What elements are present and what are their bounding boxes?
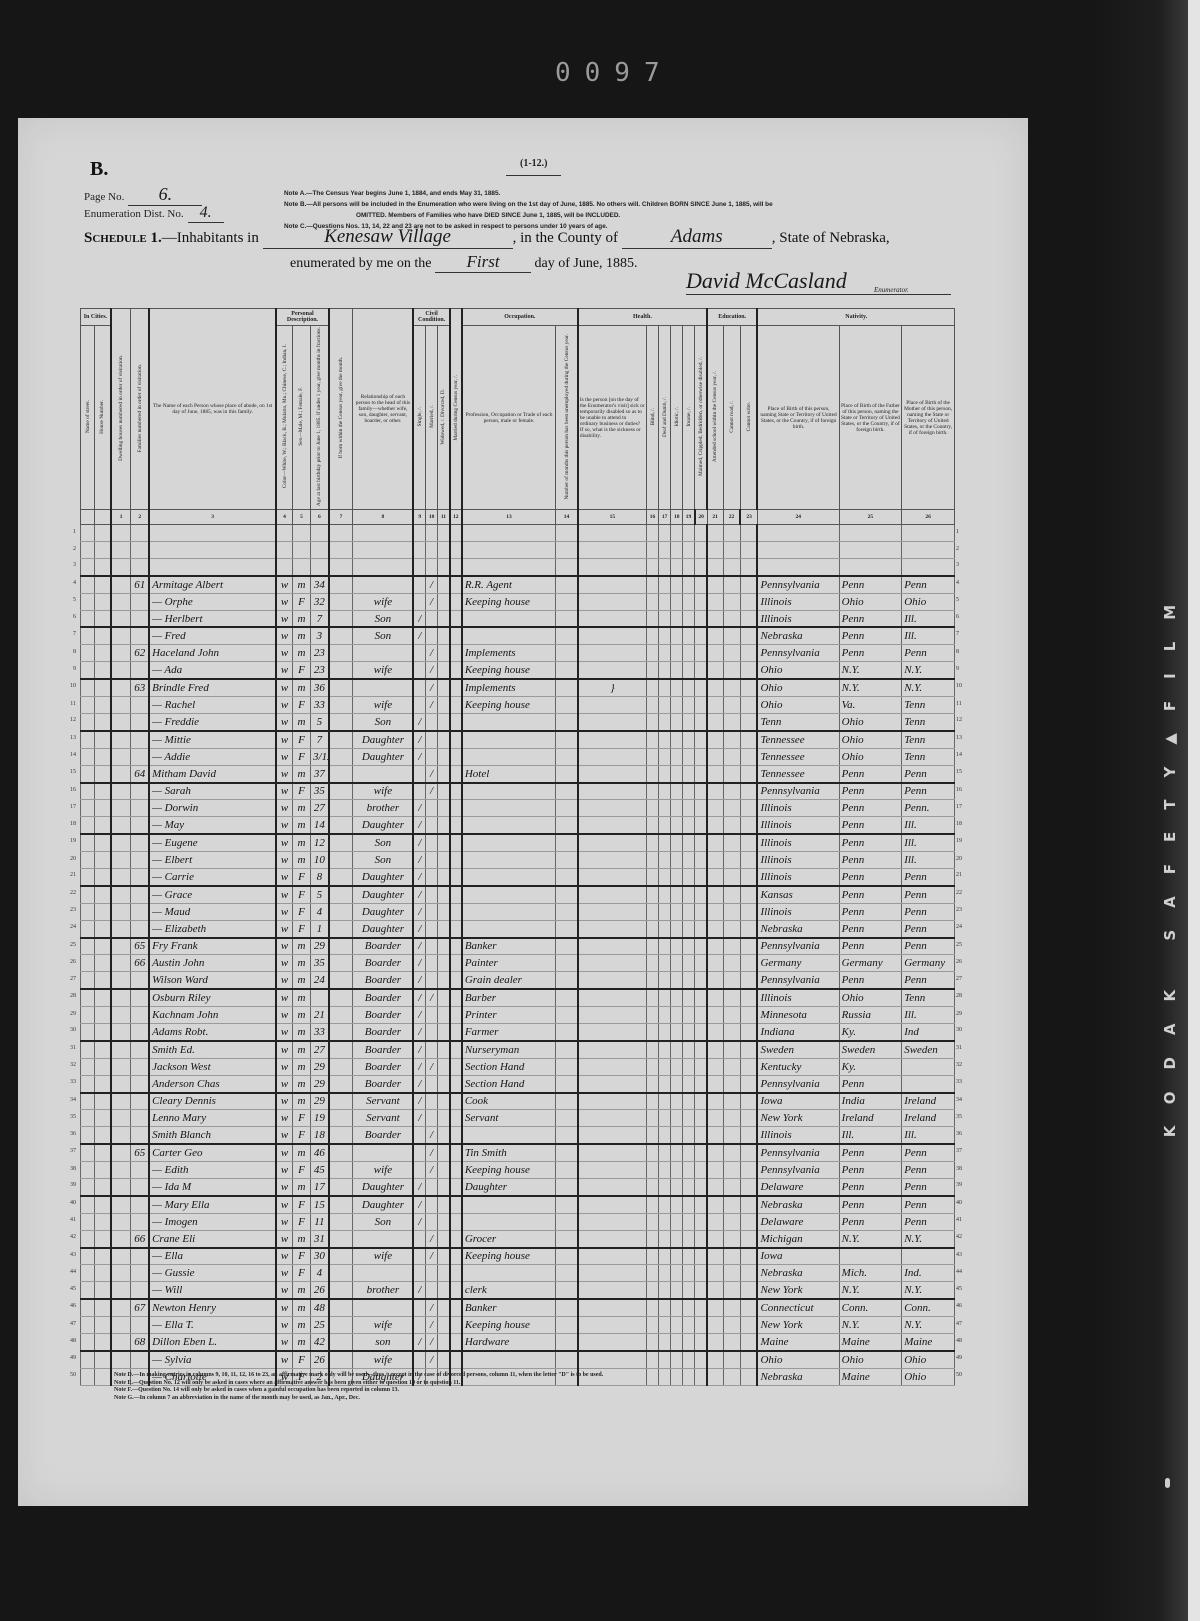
cell-street (81, 1317, 95, 1334)
cell-c21 (707, 817, 723, 834)
cell-c16 (646, 972, 658, 989)
line-number: 20 (956, 856, 970, 862)
cell-age (311, 542, 329, 559)
cell-unemp (556, 834, 578, 851)
line-number: 32 (62, 1062, 76, 1068)
cell-mdy (450, 1162, 462, 1179)
cell-sex: m (292, 1007, 310, 1024)
cell-dwelling (111, 1023, 131, 1040)
cell-mother: Penn (902, 1178, 955, 1195)
cell-single: / (413, 938, 425, 955)
cell-c20 (695, 1317, 707, 1334)
column-number: 9 (413, 510, 425, 525)
column-number: 23 (740, 510, 757, 525)
cell-name: Wilson Ward (149, 972, 276, 989)
cell-fam: 65 (131, 938, 149, 955)
cell-fam (131, 1282, 149, 1299)
cell-married: / (426, 783, 438, 800)
cell-unemp (556, 903, 578, 920)
cell-c16 (646, 955, 658, 972)
line-number: 15 (956, 769, 970, 775)
cell-c19 (683, 713, 695, 730)
table-row: — SylviawF26wife/OhioOhioOhio (81, 1351, 955, 1368)
cell-mdy (450, 679, 462, 696)
cell-mother: Ireland (902, 1093, 955, 1110)
cell-unemp (556, 662, 578, 679)
cell-house (95, 748, 111, 765)
cell-name: — Ida M (149, 1178, 276, 1195)
cell-fam (131, 903, 149, 920)
cell-unemp (556, 1196, 578, 1213)
cell-age: 3/12 (311, 748, 329, 765)
cell-color: w (276, 1162, 292, 1179)
cell-married: / (426, 697, 438, 714)
cell-rel: Servant (353, 1093, 414, 1110)
cell-c21 (707, 800, 723, 817)
line-number: 11 (956, 701, 970, 707)
cell-rel: Daughter (353, 817, 414, 834)
cell-c16 (646, 713, 658, 730)
cell-name: — Imogen (149, 1213, 276, 1230)
cell-unemp (556, 1093, 578, 1110)
cell-born (329, 731, 353, 748)
cell-age: 12 (311, 834, 329, 851)
cell-c18 (671, 525, 683, 542)
cell-c20 (695, 593, 707, 610)
cell-color: w (276, 955, 292, 972)
cell-widowed (438, 938, 450, 955)
cell-unemp (556, 1075, 578, 1092)
cell-c16 (646, 1162, 658, 1179)
line-number: 35 (956, 1114, 970, 1120)
table-row: — CarriewF8Daughter/IllinoisPennPenn (81, 868, 955, 885)
cell-c17 (659, 1282, 671, 1299)
cell-occ (462, 558, 556, 575)
cell-age: 3 (311, 627, 329, 644)
cell-rel (353, 525, 414, 542)
note-f: Note F.—Question No. 14 will only be ask… (114, 1387, 603, 1395)
cell-unemp (556, 1213, 578, 1230)
cell-occ: Cook (462, 1093, 556, 1110)
cell-c23 (740, 783, 757, 800)
cell-single: / (413, 886, 425, 903)
cell-c20 (695, 679, 707, 696)
cell-widowed (438, 627, 450, 644)
cell-c19 (683, 783, 695, 800)
schedule-heading: Schedule 1.—Inhabitants in Kenesaw Villa… (84, 226, 890, 249)
cell-mother (902, 558, 955, 575)
cell-widowed (438, 748, 450, 765)
cell-house (95, 1368, 111, 1385)
cell-color: w (276, 627, 292, 644)
cell-color: w (276, 576, 292, 593)
cell-mother: Ill. (902, 610, 955, 627)
cell-mdy (450, 627, 462, 644)
cell-c16 (646, 989, 658, 1006)
cell-born (329, 989, 353, 1006)
cell-father: N.Y. (839, 662, 902, 679)
line-number: 37 (62, 1148, 76, 1154)
cell-widowed (438, 972, 450, 989)
cell-rel: Daughter (353, 748, 414, 765)
cell-c19 (683, 1351, 695, 1368)
cell-health (578, 1317, 647, 1334)
cell-fam (131, 817, 149, 834)
cell-c19 (683, 1196, 695, 1213)
cell-c23 (740, 955, 757, 972)
cell-c20 (695, 645, 707, 662)
cell-c21 (707, 834, 723, 851)
cell-mother: Penn (902, 1196, 955, 1213)
cell-father: Maine (839, 1368, 902, 1385)
table-row: Smith BlanchwF18Boarder/IllinoisIll.Ill. (81, 1127, 955, 1144)
cell-father: Mich. (839, 1265, 902, 1282)
col-5-header: Sex—Male, M.; Female, F. (292, 326, 310, 510)
cell-sex: m (292, 645, 310, 662)
cell-name: Kachnam John (149, 1007, 276, 1024)
column-number: 20 (695, 510, 707, 525)
cell-c21 (707, 1351, 723, 1368)
cell-father: Va. (839, 697, 902, 714)
table-row: — MaudwF4Daughter/IllinoisPennPenn (81, 903, 955, 920)
cell-age: 29 (311, 938, 329, 955)
cell-age: 7 (311, 610, 329, 627)
cell-c22 (723, 1093, 740, 1110)
cell-dwelling (111, 1058, 131, 1075)
cell-c20 (695, 1162, 707, 1179)
cell-widowed (438, 886, 450, 903)
line-number: 25 (956, 942, 970, 948)
cell-birth: Pennsylvania (757, 972, 839, 989)
cell-c21 (707, 1299, 723, 1316)
cell-birth: Illinois (757, 852, 839, 869)
cell-sex: F (292, 662, 310, 679)
cell-c20 (695, 1023, 707, 1040)
cell-c20 (695, 1007, 707, 1024)
cell-father: Germany (839, 955, 902, 972)
cell-dwelling (111, 1334, 131, 1351)
cell-c18 (671, 713, 683, 730)
cell-occ: Painter (462, 955, 556, 972)
line-number: 12 (956, 717, 970, 723)
cell-house (95, 886, 111, 903)
cell-c21 (707, 886, 723, 903)
line-number: 45 (956, 1286, 970, 1292)
cell-health (578, 1041, 647, 1058)
cell-unemp (556, 1127, 578, 1144)
cell-health (578, 627, 647, 644)
cell-street (81, 697, 95, 714)
cell-fam (131, 1075, 149, 1092)
cell-dwelling (111, 972, 131, 989)
cell-house (95, 1093, 111, 1110)
cell-c21 (707, 525, 723, 542)
cell-name: Armitage Albert (149, 576, 276, 593)
cell-c23 (740, 748, 757, 765)
cell-c17 (659, 731, 671, 748)
line-number: 40 (62, 1200, 76, 1206)
cell-dwelling (111, 955, 131, 972)
cell-widowed (438, 1127, 450, 1144)
line-number: 21 (956, 872, 970, 878)
cell-c18 (671, 1007, 683, 1024)
cell-c16 (646, 1282, 658, 1299)
cell-father: Penn (839, 1075, 902, 1092)
cell-c16 (646, 679, 658, 696)
cell-c18 (671, 817, 683, 834)
cell-mother: Ill. (902, 852, 955, 869)
cell-sex: m (292, 817, 310, 834)
line-number: 16 (62, 787, 76, 793)
cell-occ (462, 886, 556, 903)
cell-c18 (671, 868, 683, 885)
cell-mother: N.Y. (902, 662, 955, 679)
cell-married (426, 1178, 438, 1195)
cell-unemp (556, 1007, 578, 1024)
cell-father: Penn (839, 1162, 902, 1179)
cell-unemp (556, 576, 578, 593)
cell-single (413, 1265, 425, 1282)
cell-born (329, 558, 353, 575)
cell-c19 (683, 697, 695, 714)
cell-birth: Sweden (757, 1041, 839, 1058)
cell-c22 (723, 1023, 740, 1040)
line-number: 9 (956, 666, 970, 672)
cell-fam (131, 1058, 149, 1075)
cell-fam: 64 (131, 765, 149, 782)
cell-c17 (659, 1230, 671, 1247)
cell-mdy (450, 713, 462, 730)
cell-mdy (450, 765, 462, 782)
cell-fam (131, 1317, 149, 1334)
column-number: 17 (659, 510, 671, 525)
cell-fam (131, 989, 149, 1006)
cell-c23 (740, 817, 757, 834)
cell-birth: Michigan (757, 1230, 839, 1247)
line-number: 49 (956, 1355, 970, 1361)
cell-dwelling (111, 662, 131, 679)
cell-c20 (695, 542, 707, 559)
cell-rel (353, 645, 414, 662)
line-number: 37 (956, 1148, 970, 1154)
cell-c17 (659, 525, 671, 542)
cell-health (578, 886, 647, 903)
cell-rel: Son (353, 834, 414, 851)
cell-health (578, 783, 647, 800)
cell-father: Penn (839, 1213, 902, 1230)
cell-c21 (707, 610, 723, 627)
cell-c18 (671, 920, 683, 937)
cell-single (413, 1317, 425, 1334)
cell-c19 (683, 1144, 695, 1161)
line-number: 38 (62, 1166, 76, 1172)
cell-name: — Orphe (149, 593, 276, 610)
cell-c23 (740, 1093, 757, 1110)
cell-house (95, 593, 111, 610)
cell-c21 (707, 627, 723, 644)
cell-father: Penn (839, 938, 902, 955)
cell-c21 (707, 1248, 723, 1265)
cell-c22 (723, 1368, 740, 1385)
cell-health (578, 558, 647, 575)
cell-house (95, 713, 111, 730)
cell-fam (131, 1265, 149, 1282)
cell-house (95, 558, 111, 575)
cell-born (329, 1093, 353, 1110)
column-number: 3 (149, 510, 276, 525)
cell-c22 (723, 1041, 740, 1058)
cell-c16 (646, 852, 658, 869)
cell-c22 (723, 783, 740, 800)
cell-rel (353, 765, 414, 782)
cell-age: 19 (311, 1110, 329, 1127)
line-number: 2 (956, 546, 970, 552)
cell-born (329, 783, 353, 800)
cell-health (578, 1058, 647, 1075)
table-row: 61Armitage Albertwm34/R.R. AgentPennsylv… (81, 576, 955, 593)
line-number: 33 (62, 1079, 76, 1085)
cell-c22 (723, 1162, 740, 1179)
col-26-header: Place of Birth of the Mother of this per… (902, 326, 955, 510)
cell-house (95, 920, 111, 937)
cell-health (578, 1351, 647, 1368)
cell-birth (757, 525, 839, 542)
cell-born (329, 610, 353, 627)
cell-c20 (695, 1213, 707, 1230)
cell-age: 23 (311, 645, 329, 662)
cell-c23 (740, 558, 757, 575)
cell-fam (131, 610, 149, 627)
cell-single: / (413, 817, 425, 834)
census-table: In Cities. Dwelling houses numbered in o… (80, 308, 955, 1386)
cell-c17 (659, 868, 671, 885)
cell-street (81, 1351, 95, 1368)
cell-unemp (556, 886, 578, 903)
cell-sex: m (292, 610, 310, 627)
cell-c21 (707, 1368, 723, 1385)
cell-sex: m (292, 1317, 310, 1334)
cell-street (81, 1196, 95, 1213)
cell-street (81, 886, 95, 903)
cell-c19 (683, 955, 695, 972)
note-e: Note E.—Question No. 12 will only be ask… (114, 1380, 603, 1388)
line-number: 13 (62, 735, 76, 741)
cell-c17 (659, 542, 671, 559)
table-row: Osburn RileywmBoarder//BarberIllinoisOhi… (81, 989, 955, 1006)
cell-dwelling (111, 1144, 131, 1161)
line-number: 42 (956, 1234, 970, 1240)
cell-fam (131, 662, 149, 679)
cell-age: 32 (311, 593, 329, 610)
cell-rel (353, 679, 414, 696)
cell-name: Mitham David (149, 765, 276, 782)
cell-mother: Ohio (902, 593, 955, 610)
column-number: 16 (646, 510, 658, 525)
cell-street (81, 989, 95, 1006)
cell-color: w (276, 1127, 292, 1144)
cell-mother: Tenn (902, 989, 955, 1006)
table-row: — Ida Mwm17Daughter/DaughterDelawarePenn… (81, 1178, 955, 1195)
cell-widowed (438, 903, 450, 920)
cell-occ: Section Hand (462, 1075, 556, 1092)
cell-c22 (723, 800, 740, 817)
cell-occ: Tin Smith (462, 1144, 556, 1161)
cell-color: w (276, 610, 292, 627)
cell-birth: Ohio (757, 697, 839, 714)
cell-c19 (683, 558, 695, 575)
cell-c22 (723, 645, 740, 662)
cell-house (95, 1248, 111, 1265)
cell-dwelling (111, 817, 131, 834)
column-number: 5 (292, 510, 310, 525)
cell-occ (462, 627, 556, 644)
cell-c19 (683, 1127, 695, 1144)
column-number: 21 (707, 510, 723, 525)
cell-dwelling (111, 679, 131, 696)
cell-rel: wife (353, 1351, 414, 1368)
cell-street (81, 1058, 95, 1075)
cell-widowed (438, 731, 450, 748)
cell-health (578, 817, 647, 834)
line-number: 4 (956, 580, 970, 586)
cell-street (81, 1093, 95, 1110)
cell-mother: Ireland (902, 1110, 955, 1127)
table-row: 66Austin Johnwm35Boarder/PainterGermanyG… (81, 955, 955, 972)
cell-name: — Freddie (149, 713, 276, 730)
cell-dwelling (111, 920, 131, 937)
cell-health (578, 868, 647, 885)
cell-street (81, 1023, 95, 1040)
line-number: 45 (62, 1286, 76, 1292)
cell-married (426, 972, 438, 989)
cell-color: w (276, 645, 292, 662)
cell-house (95, 1058, 111, 1075)
cell-sex: F (292, 1127, 310, 1144)
cell-c17 (659, 1368, 671, 1385)
cell-c16 (646, 800, 658, 817)
cell-father (839, 542, 902, 559)
cell-born (329, 1127, 353, 1144)
cell-fam (131, 1178, 149, 1195)
line-number: 39 (62, 1182, 76, 1188)
cell-color: w (276, 783, 292, 800)
cell-unemp (556, 525, 578, 542)
column-number: 8 (353, 510, 414, 525)
cell-mdy (450, 1248, 462, 1265)
cell-color: w (276, 938, 292, 955)
cell-rel: brother (353, 800, 414, 817)
cell-c16 (646, 542, 658, 559)
cell-dwelling (111, 783, 131, 800)
cell-c21 (707, 852, 723, 869)
cell-sex: F (292, 593, 310, 610)
cell-unemp (556, 1144, 578, 1161)
cell-name: — Elbert (149, 852, 276, 869)
cell-health (578, 955, 647, 972)
cell-street (81, 525, 95, 542)
cell-unemp (556, 645, 578, 662)
cell-single: / (413, 1007, 425, 1024)
column-number: 2 (131, 510, 149, 525)
cell-widowed (438, 955, 450, 972)
cell-color: w (276, 834, 292, 851)
cell-c18 (671, 903, 683, 920)
cell-health (578, 903, 647, 920)
line-number: 26 (62, 959, 76, 965)
cell-father (839, 1248, 902, 1265)
cell-sex: F (292, 697, 310, 714)
cell-c23 (740, 903, 757, 920)
